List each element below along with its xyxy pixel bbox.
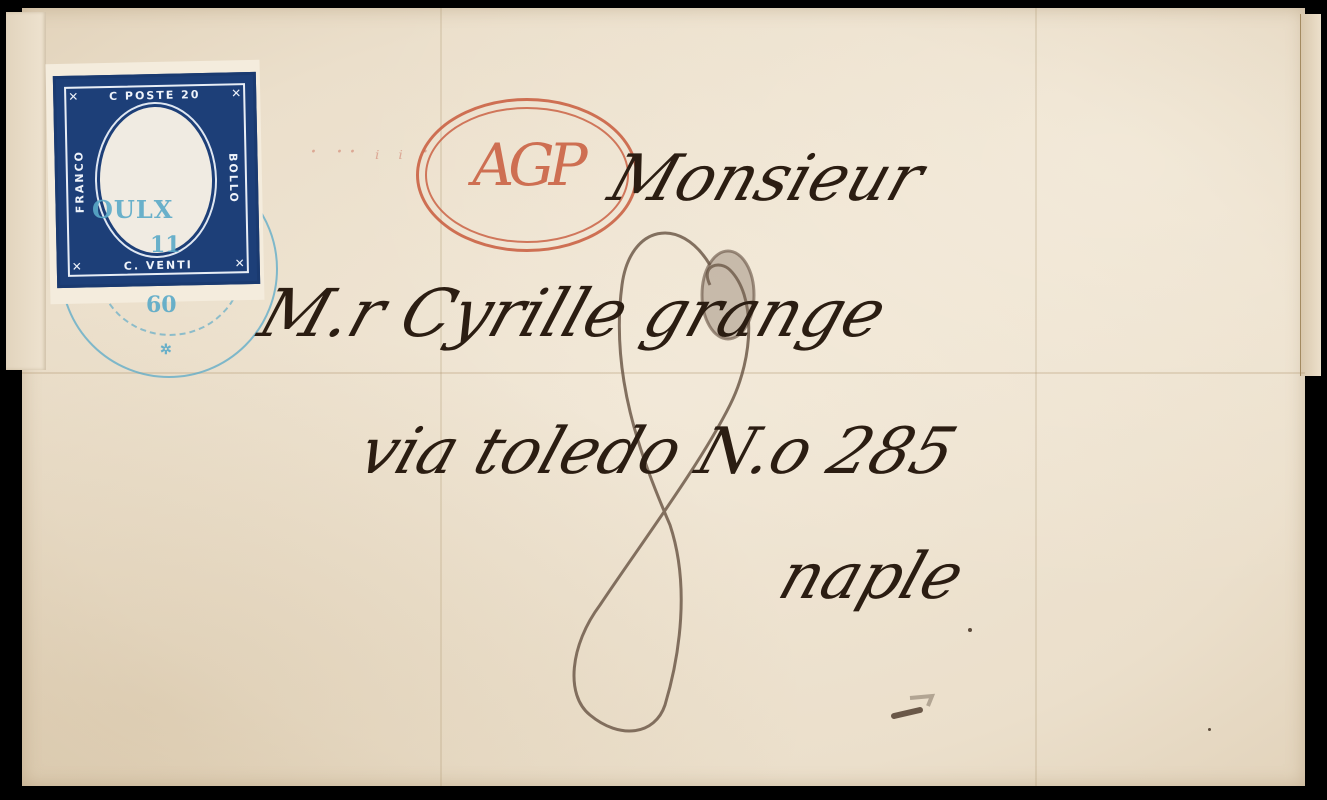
address-salutation: Monsieur xyxy=(600,142,932,216)
postmark-town: OULX xyxy=(92,195,173,224)
right-fold-flap xyxy=(1300,14,1321,376)
ink-dash-mark xyxy=(890,690,940,720)
vertical-fold-line xyxy=(1035,8,1037,786)
left-fold-flap xyxy=(6,12,46,370)
address-recipient: M.r Cyrille grange xyxy=(250,275,896,352)
stamp-right-text: BOLLO xyxy=(227,153,241,204)
ink-speck xyxy=(968,628,972,632)
faint-offset-mark: · ·· ᵢ ᵢ · xyxy=(310,140,435,165)
handstamp-monogram: AGP xyxy=(419,131,635,199)
postmark-ornament-icon: ✲ xyxy=(160,342,172,358)
address-city: naple xyxy=(770,540,973,614)
ink-speck xyxy=(1208,728,1211,731)
address-street: via toledo N.o 285 xyxy=(350,415,965,489)
stamp-left-text: FRANCO xyxy=(72,150,86,213)
postmark-day: 11 xyxy=(150,232,181,258)
postmark-year: 60 xyxy=(146,292,177,318)
